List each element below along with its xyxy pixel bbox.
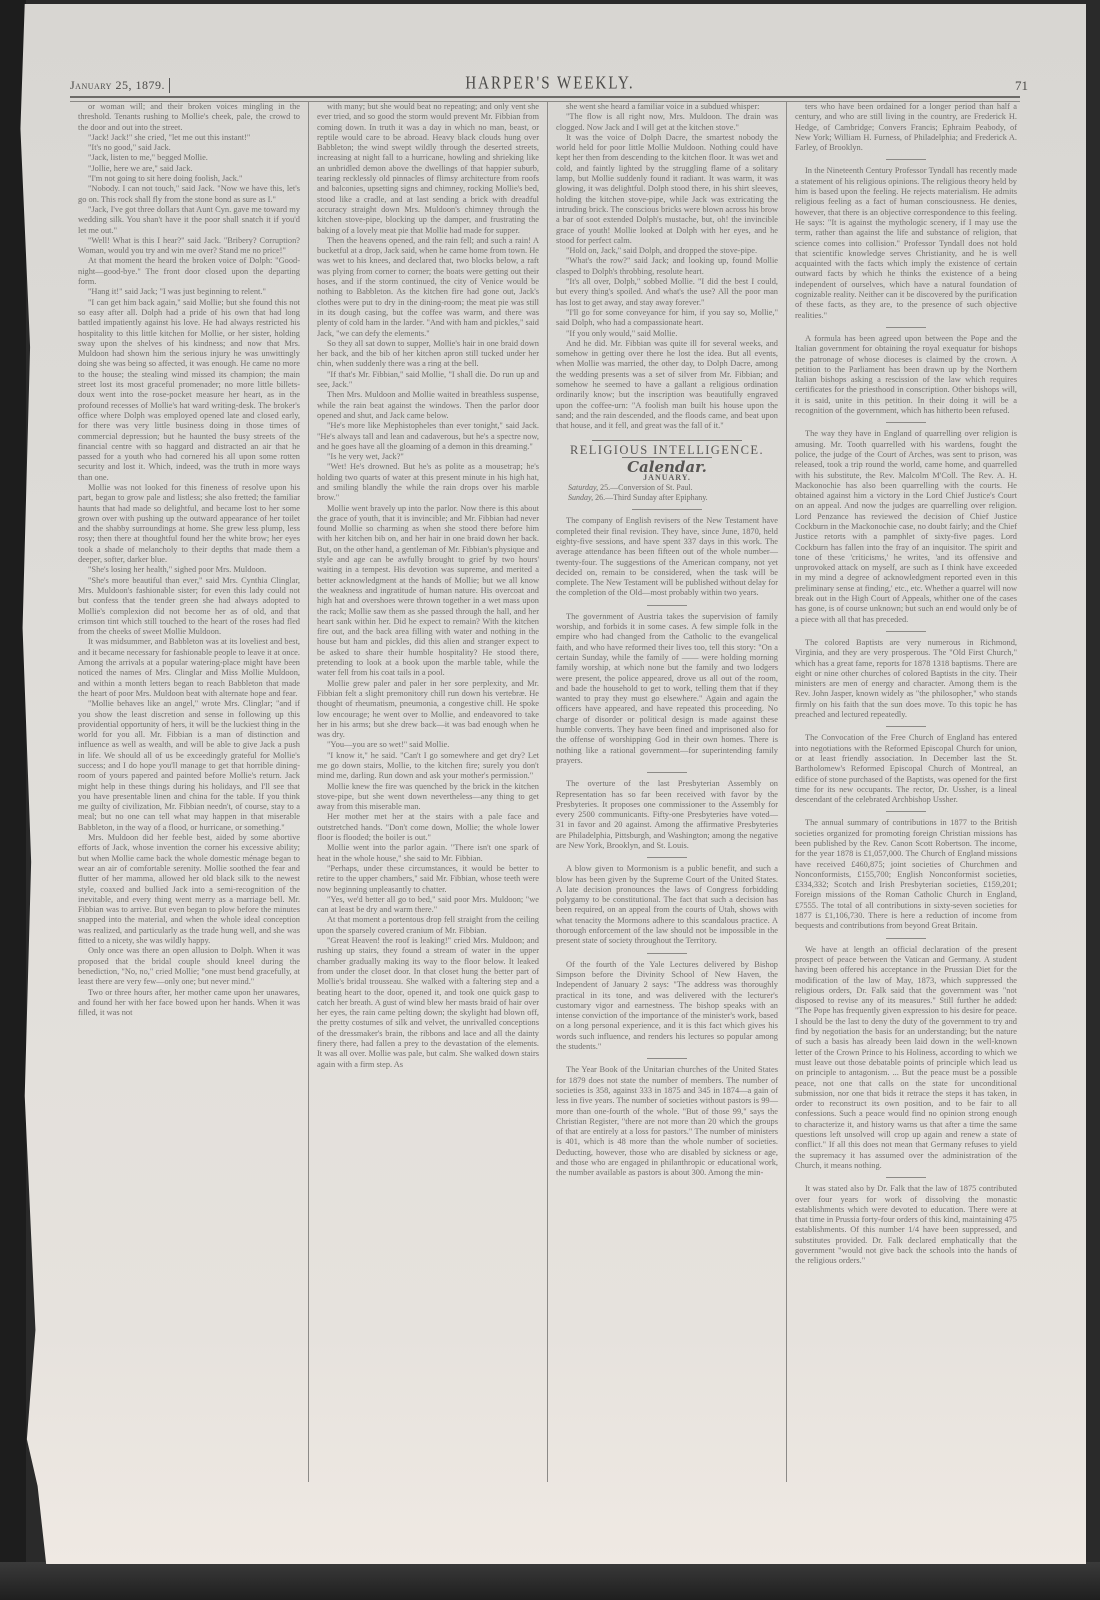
paragraph: or woman will; and their broken voices m… — [78, 102, 300, 133]
paragraph: A formula has been agreed upon between t… — [795, 334, 1017, 416]
column-2: with many; but she would beat no repeati… — [308, 102, 547, 1482]
paragraph: "She's more beautiful than ever," said M… — [78, 576, 300, 638]
divider — [886, 422, 926, 423]
paragraph: The way they have in England of quarrell… — [795, 429, 1017, 625]
paragraph: In the Nineteenth Century Professor Tynd… — [795, 166, 1017, 320]
paragraph: It was the voice of Dolph Dacre, the sma… — [556, 133, 778, 246]
paragraph: "It's all over, Dolph," sobbed Mollie. "… — [556, 277, 778, 308]
paragraph: "Mollie behaves like an angel," wrote Mr… — [78, 699, 300, 833]
page-number: 71 — [1015, 78, 1028, 94]
divider — [647, 953, 687, 954]
paragraph: Mollie went bravely up into the parlor. … — [317, 504, 539, 679]
paragraph: Only once was there an open allusion to … — [78, 946, 300, 987]
paragraph: The Year Book of the Unitarian churches … — [556, 1065, 778, 1178]
paragraph: "Is he very wet, Jack?" — [317, 452, 539, 462]
paragraph: "Great Heaven! the roof is leaking!" cri… — [317, 936, 539, 1070]
masthead: January 25, 1879. HARPER'S WEEKLY. 71 — [70, 74, 1030, 96]
paragraph: A blow given to Mormonism is a public be… — [556, 864, 778, 946]
paragraph: "Well! What is this I hear?" said Jack. … — [78, 236, 300, 257]
paragraph: "You—you are so wet!" said Mollie. — [317, 740, 539, 750]
paragraph: Of the fourth of the Yale Lectures deliv… — [556, 960, 778, 1053]
divider — [886, 726, 926, 727]
calendar-month: JANUARY. — [556, 473, 778, 483]
paragraph: The government of Austria takes the supe… — [556, 612, 778, 766]
paragraph: she went she heard a familiar voice in a… — [556, 102, 778, 112]
paragraph: "Nobody. I can not touch," said Jack. "N… — [78, 184, 300, 205]
paragraph: with many; but she would beat no repeati… — [317, 102, 539, 236]
paragraph: The colored Baptists are very numerous i… — [795, 638, 1017, 720]
paragraph: "I can get him back again," said Mollie;… — [78, 298, 300, 483]
paragraph: "The flow is all right now, Mrs. Muldoon… — [556, 112, 778, 133]
paragraph: "Wet! He's drowned. But he's as polite a… — [317, 462, 539, 503]
paragraph: "What's the row?" said Jack; and looking… — [556, 256, 778, 277]
paragraph: ters who have been ordained for a longer… — [795, 102, 1017, 153]
column-1: or woman will; and their broken voices m… — [70, 102, 308, 1482]
paragraph: At that moment a portentous drop fell st… — [317, 915, 539, 936]
section-heading: RELIGIOUS INTELLIGENCE. — [556, 445, 778, 455]
calendar-entry: Saturday, 25.—Conversion of St. Paul. — [556, 483, 778, 493]
paragraph: Mrs. Muldoon did her feeble best, aided … — [78, 833, 300, 946]
paragraph: "Jack, I've got three dollars that Aunt … — [78, 205, 300, 236]
paragraph: "Jollie, here we are," said Jack. — [78, 164, 300, 174]
article-columns: or woman will; and their broken voices m… — [70, 102, 1025, 1482]
paragraph: The Convocation of the Free Church of En… — [795, 733, 1017, 805]
paragraph: "It's no good," said Jack. — [78, 143, 300, 153]
paragraph: "Yes, we'd better all go to bed," said p… — [317, 895, 539, 916]
divider — [886, 327, 926, 328]
paragraph: "She's losing her health," sighed poor M… — [78, 565, 300, 575]
paragraph: "I'll go for some conveyance for him, if… — [556, 308, 778, 329]
calendar-title: Calendar. — [556, 462, 778, 472]
paragraph: "Jack! Jack!" she cried, "let me out thi… — [78, 133, 300, 143]
scanner-backdrop — [0, 0, 26, 1600]
paragraph: "Hang it!" said Jack; "I was just beginn… — [78, 287, 300, 297]
paragraph: Mollie knew the fire was quenched by the… — [317, 782, 539, 813]
paragraph: "Perhaps, under these circumstances, it … — [317, 864, 539, 895]
divider — [886, 159, 926, 160]
calendar-list: Saturday, 25.—Conversion of St. Paul.Sun… — [556, 483, 778, 503]
story-continuation: she went she heard a familiar voice in a… — [556, 102, 778, 432]
calendar-entry: Sunday, 26.—Third Sunday after Epiphany. — [556, 493, 778, 503]
divider — [886, 1177, 926, 1178]
paragraph: "If you only would," said Mollie. — [556, 329, 778, 339]
section-rule — [592, 440, 742, 441]
religious-items: The company of English revisers of the N… — [556, 516, 778, 1178]
paragraph: Then the heavens opened, and the rain fe… — [317, 236, 539, 339]
divider — [647, 857, 687, 858]
divider — [886, 811, 926, 812]
divider — [886, 938, 926, 939]
paragraph: The overture of the last Presbyterian As… — [556, 779, 778, 851]
paragraph: At that moment the heard the broken voic… — [78, 256, 300, 287]
divider — [647, 605, 687, 606]
paragraph: "He's more like Mephistopheles than ever… — [317, 421, 539, 452]
paragraph: And he did. Mr. Fibbian was quite ill fo… — [556, 339, 778, 432]
paragraph: "I know it," he said. "Can't I go somewh… — [317, 751, 539, 782]
paragraph: "Hold on, Jack," said Dolph, and dropped… — [556, 246, 778, 256]
paragraph: "Jack, listen to me," begged Mollie. — [78, 153, 300, 163]
paragraph: Then Mrs. Muldoon and Mollie waited in b… — [317, 390, 539, 421]
paragraph: Two or three hours after, her mother cam… — [78, 988, 300, 1019]
paragraph: "If that's Mr. Fibbian," said Mollie, "I… — [317, 370, 539, 391]
paragraph: The annual summary of contributions in 1… — [795, 818, 1017, 931]
paragraph: Mollie went into the parlor again. "Ther… — [317, 843, 539, 864]
divider — [632, 509, 702, 510]
divider — [886, 631, 926, 632]
paragraph: It was stated also by Dr. Falk that the … — [795, 1184, 1017, 1266]
publication-title: HARPER'S WEEKLY. — [70, 74, 1030, 94]
column-4: ters who have been ordained for a longer… — [786, 102, 1025, 1482]
paragraph: So they all sat down to supper, Mollie's… — [317, 339, 539, 370]
divider — [647, 772, 687, 773]
paragraph: Her mother met her at the stairs with a … — [317, 812, 539, 843]
paragraph: Mollie was not looked for this fineness … — [78, 483, 300, 565]
paragraph: Mollie grew paler and paler in her sore … — [317, 679, 539, 741]
paragraph: The company of English revisers of the N… — [556, 516, 778, 598]
paragraph: "I'm not going to sit here doing foolish… — [78, 174, 300, 184]
column-3: she went she heard a familiar voice in a… — [547, 102, 786, 1482]
divider — [647, 1058, 687, 1059]
paragraph: We have at length an official declaratio… — [795, 945, 1017, 1172]
scanner-backdrop-bottom — [0, 1562, 1100, 1600]
paragraph: It was midsummer, and Babbleton was at i… — [78, 637, 300, 699]
